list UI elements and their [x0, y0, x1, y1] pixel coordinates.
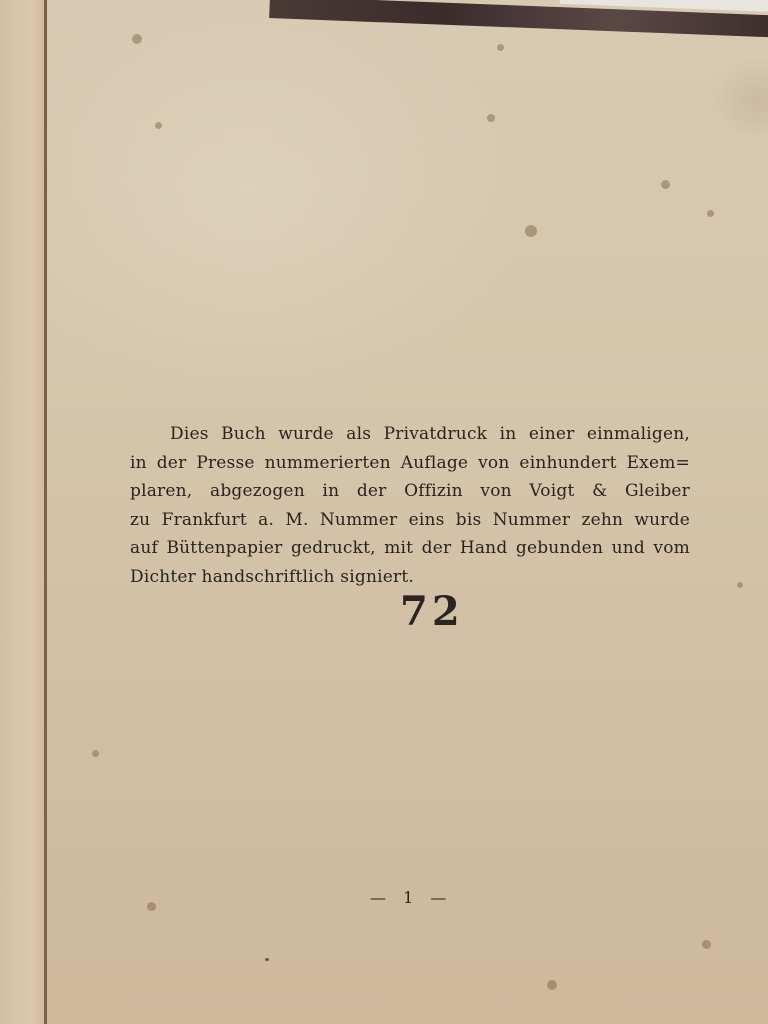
colophon-line: plaren, abgezogen in der Offizin von Voi…: [130, 477, 690, 506]
colophon-line: Dies Buch wurde als Privatdruck in einer…: [130, 420, 690, 449]
foxing-spot: [707, 210, 714, 217]
foxing-spot: [487, 114, 495, 122]
colophon-text: Dies Buch wurde als Privatdruck in einer…: [130, 420, 690, 591]
foxing-spot: [702, 940, 711, 949]
colophon-line: Dichter handschriftlich signiert.: [130, 563, 690, 592]
book-page-photo: Dies Buch wurde als Privatdruck in einer…: [0, 0, 768, 1024]
foxing-spot: [155, 122, 162, 129]
foxing-spot: [661, 180, 670, 189]
foxing-spot: [525, 225, 537, 237]
stamped-copy-number: 72: [400, 588, 464, 635]
facing-page-edge: [0, 0, 46, 1024]
foxing-spot: [132, 34, 142, 44]
colophon-line: in der Presse nummerierten Auflage von e…: [130, 449, 690, 478]
colophon-line: zu Frankfurt a. M. Nummer eins bis Numme…: [130, 506, 690, 535]
foxing-spot: [497, 44, 504, 51]
foxing-spot: [92, 750, 99, 757]
foxing-spot: [737, 582, 743, 588]
foxing-spot: [147, 902, 156, 911]
gutter-line: [44, 0, 47, 1024]
colophon-line: auf Büttenpapier gedruckt, mit der Hand …: [130, 534, 690, 563]
ink-speck: [265, 958, 269, 961]
foxing-spot: [547, 980, 557, 990]
page-number: — 1 —: [370, 888, 446, 907]
